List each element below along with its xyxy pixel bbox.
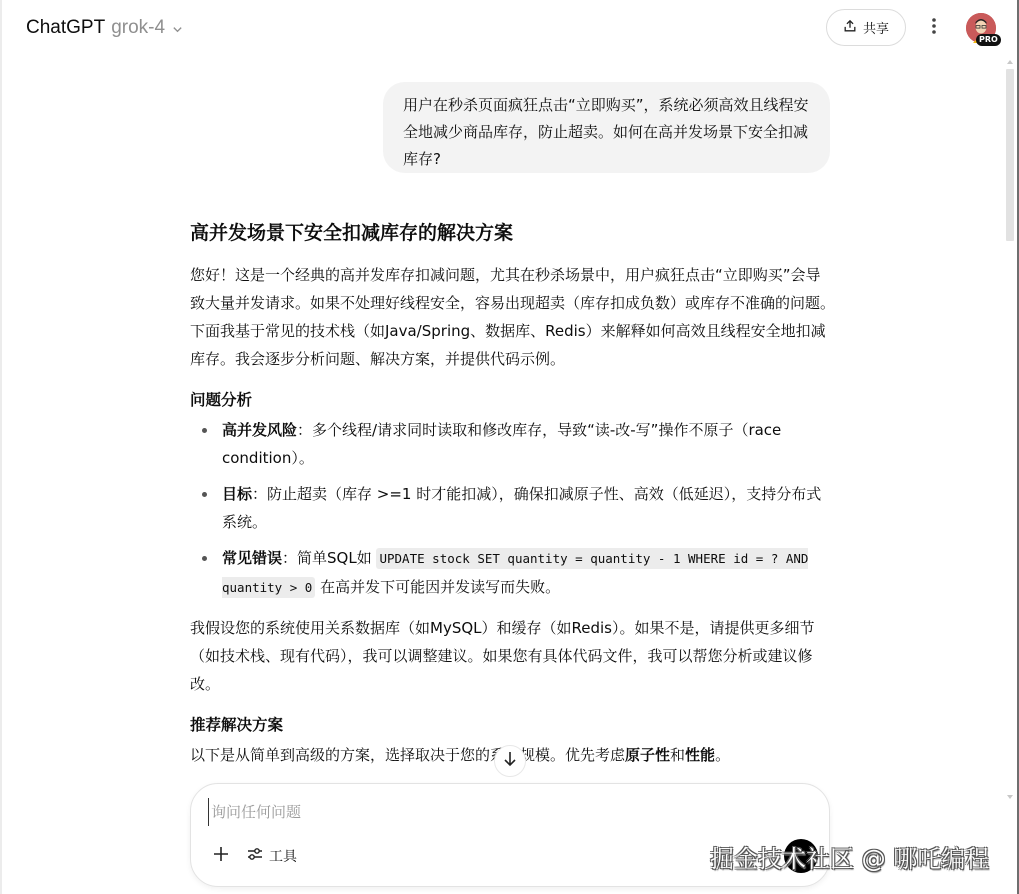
assumption-paragraph: 我假设您的系统使用关系数据库（如MySQL）和缓存（如Redis）。如果不是，请… [190,614,835,698]
solutions-intro-text: 以下是从简单到高级的方案，选择取决于您的系统规模。优先考虑 [190,746,625,764]
share-icon [843,19,857,37]
user-message: 用户在秒杀页面疯狂点击“立即购买”，系统必须高效且线程安全地减少商品库存，防止超… [383,82,830,173]
scroll-to-bottom-button[interactable] [494,745,526,777]
bullet-text: ：防止超卖（库存 >=1 时才能扣减），确保扣减原子性、高效（低延迟），支持分布… [222,485,821,531]
model-selector[interactable]: ChatGPT grok-4 [26,14,183,42]
top-bar: ChatGPT grok-4 共享 PRO [0,0,1017,56]
bullet-text: ：多个线程/请求同时读取和修改库存，导致“读-改-写”操作不原子（race co… [222,421,781,467]
bold-performance: 性能 [685,746,715,764]
bullet-label: 高并发风险 [222,421,297,439]
bullet-text: ：简单SQL如 [282,549,372,567]
brand-name: ChatGPT [26,17,105,39]
bullet-label: 目标 [222,485,252,503]
more-options-button[interactable] [920,12,948,44]
bold-atomicity: 原子性 [625,746,670,764]
assistant-message: 高并发场景下安全扣减库存的解决方案 您好！这是一个经典的高并发库存扣减问题，尤其… [190,215,835,782]
bullet-label: 常见错误 [222,549,282,567]
intro-paragraph: 您好！这是一个经典的高并发库存扣减问题，尤其在秒杀场景中，用户疯狂点击“立即购买… [190,261,835,373]
model-name: grok-4 [111,17,165,39]
solutions-intro-end: 。 [715,746,730,764]
bullet-text: 在高并发下可能因并发读写而失败。 [315,578,560,596]
prompt-input[interactable] [208,798,768,826]
watermark: 掘金技术社区 @ 哪吒编程 [710,839,989,874]
tools-button[interactable]: 工具 [247,844,297,868]
scrollbar-up-arrow[interactable] [1007,60,1013,64]
user-avatar[interactable]: PRO [966,13,996,43]
share-label: 共享 [863,18,889,37]
section-heading-solutions: 推荐解决方案 [190,711,835,739]
attach-button[interactable] [209,844,233,868]
tools-label: 工具 [269,846,297,866]
plus-icon [213,846,229,866]
arrow-down-icon [503,751,517,771]
response-title: 高并发场景下安全扣减库存的解决方案 [190,218,835,248]
solutions-intro-and: 和 [670,746,685,764]
list-item: 目标：防止超卖（库存 >=1 时才能扣减），确保扣减原子性、高效（低延迟），支持… [190,480,835,536]
more-vertical-icon [931,17,937,39]
section-heading-analysis: 问题分析 [190,386,835,414]
list-item: 高并发风险：多个线程/请求同时读取和修改库存，导致“读-改-写”操作不原子（ra… [190,416,835,472]
window-left-border [0,0,2,894]
share-button[interactable]: 共享 [826,9,906,46]
pro-badge: PRO [976,34,1001,46]
scrollbar-down-arrow[interactable] [1007,795,1013,799]
scrollbar-thumb[interactable] [1006,69,1014,241]
sliders-icon [247,847,263,865]
list-item: 常见错误：简单SQL如 UPDATE stock SET quantity = … [190,544,835,602]
chevron-down-icon [171,23,183,35]
analysis-list: 高并发风险：多个线程/请求同时读取和修改库存，导致“读-改-写”操作不原子（ra… [190,416,835,602]
